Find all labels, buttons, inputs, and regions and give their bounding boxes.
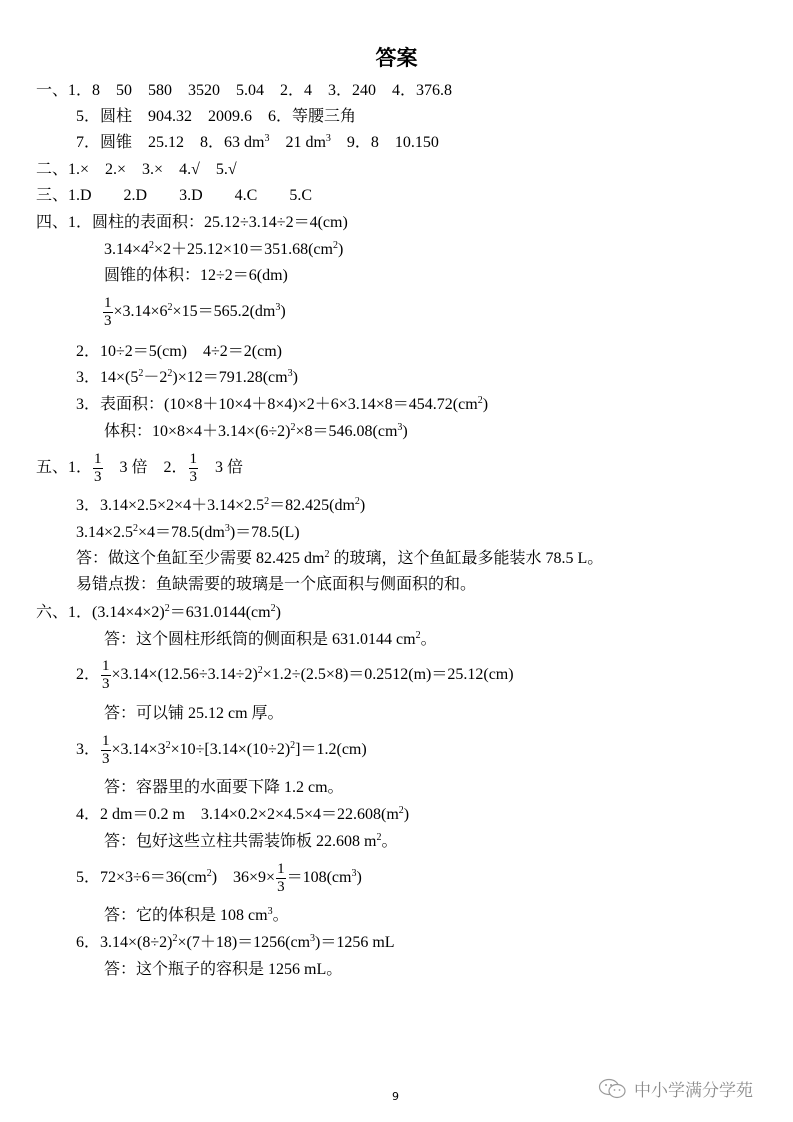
- fraction-one-third: 13: [189, 451, 199, 486]
- answer-line-6-2: 答：这个圆柱形纸筒的侧面积是 631.0144 cm2。: [104, 630, 437, 650]
- fraction-one-third: 13: [276, 861, 286, 896]
- wechat-icon: [598, 1078, 628, 1100]
- answer-line-5-5: 易错点拨：鱼缺需要的玻璃是一个底面积与侧面积的和。: [76, 575, 476, 595]
- answer-line-6-11: 6．3.14×(8÷2)2×(7＋18)＝1256(cm3)＝1256 mL: [76, 933, 395, 953]
- answer-line-2: 二、1.× 2.× 3.× 4.√ 5.√: [36, 160, 237, 180]
- fraction-one-third: 13: [101, 733, 111, 768]
- answer-line-4-1: 四、1．圆柱的表面积：25.12÷3.14÷2＝4(cm): [36, 213, 348, 233]
- answer-line-4-6: 3．14×(52－22)×12＝791.28(cm3): [76, 368, 298, 388]
- answer-line-4-5: 2．10÷2＝5(cm) 4÷2＝2(cm): [76, 342, 282, 362]
- answer-line-6-4: 答：可以铺 25.12 cm 厚。: [104, 704, 284, 724]
- watermark-text: 中小学满分学苑: [634, 1076, 753, 1101]
- answer-line-5-1: 五、1．13 3 倍 2．13 3 倍: [36, 450, 243, 486]
- answer-line-5-4: 答：做这个鱼缸至少需要 82.425 dm2 的玻璃，这个鱼缸最多能装水 78.…: [76, 549, 603, 569]
- answer-line-1-1: 一、1．8 50 580 3520 5.04 2．4 3．240 4．376.8: [36, 81, 452, 101]
- answer-line-4-2: 3.14×42×2＋25.12×10＝351.68(cm2): [104, 240, 343, 260]
- answer-line-4-8: 体积：10×8×4＋3.14×(6÷2)2×8＝546.08(cm3): [104, 422, 408, 442]
- answer-line-6-7: 4．2 dm＝0.2 m 3.14×0.2×2×4.5×4＝22.608(m2): [76, 805, 409, 825]
- fraction-one-third: 13: [103, 295, 113, 330]
- page-number: 9: [392, 1090, 399, 1103]
- answer-line-6-1: 六、1．(3.14×4×2)2＝631.0144(cm2): [36, 603, 281, 623]
- answer-line-4-4: 13×3.14×62×15＝565.2(dm3): [102, 294, 286, 330]
- answer-line-1-2: 5．圆柱 904.32 2009.6 6．等腰三角: [76, 107, 356, 127]
- answer-line-6-10: 答：它的体积是 108 cm3。: [104, 906, 289, 926]
- answer-line-3: 三、1.D 2.D 3.D 4.C 5.C: [36, 186, 312, 206]
- answer-line-1-3: 7．圆锥 25.12 8．63 dm3 21 dm3 9．8 10.150: [76, 133, 439, 153]
- answer-line-5-3: 3.14×2.52×4＝78.5(dm3)＝78.5(L): [76, 523, 300, 543]
- answer-line-6-5: 3．13×3.14×32×10÷[3.14×(10÷2)2]＝1.2(cm): [76, 732, 367, 768]
- answer-line-6-3: 2．13×3.14×(12.56÷3.14÷2)2×1.2÷(2.5×8)＝0.…: [76, 657, 514, 693]
- answer-line-5-2: 3．3.14×2.5×2×4＋3.14×2.52＝82.425(dm2): [76, 496, 365, 516]
- answer-line-4-3: 圆锥的体积：12÷2＝6(dm): [104, 266, 288, 286]
- answer-line-6-6: 答：容器里的水面要下降 1.2 cm。: [104, 778, 344, 798]
- fraction-one-third: 13: [101, 658, 111, 693]
- answer-line-6-12: 答：这个瓶子的容积是 1256 mL。: [104, 960, 342, 980]
- answer-line-4-7: 3．表面积：(10×8＋10×4＋8×4)×2＋6×3.14×8＝454.72(…: [76, 395, 488, 415]
- answer-line-6-8: 答：包好这些立柱共需装饰板 22.608 m2。: [104, 832, 397, 852]
- page-title: 答案: [0, 42, 793, 72]
- answer-line-6-9: 5．72×3÷6＝36(cm2) 36×9×13＝108(cm3): [76, 860, 362, 896]
- fraction-one-third: 13: [93, 451, 103, 486]
- watermark: 中小学满分学苑: [598, 1076, 753, 1101]
